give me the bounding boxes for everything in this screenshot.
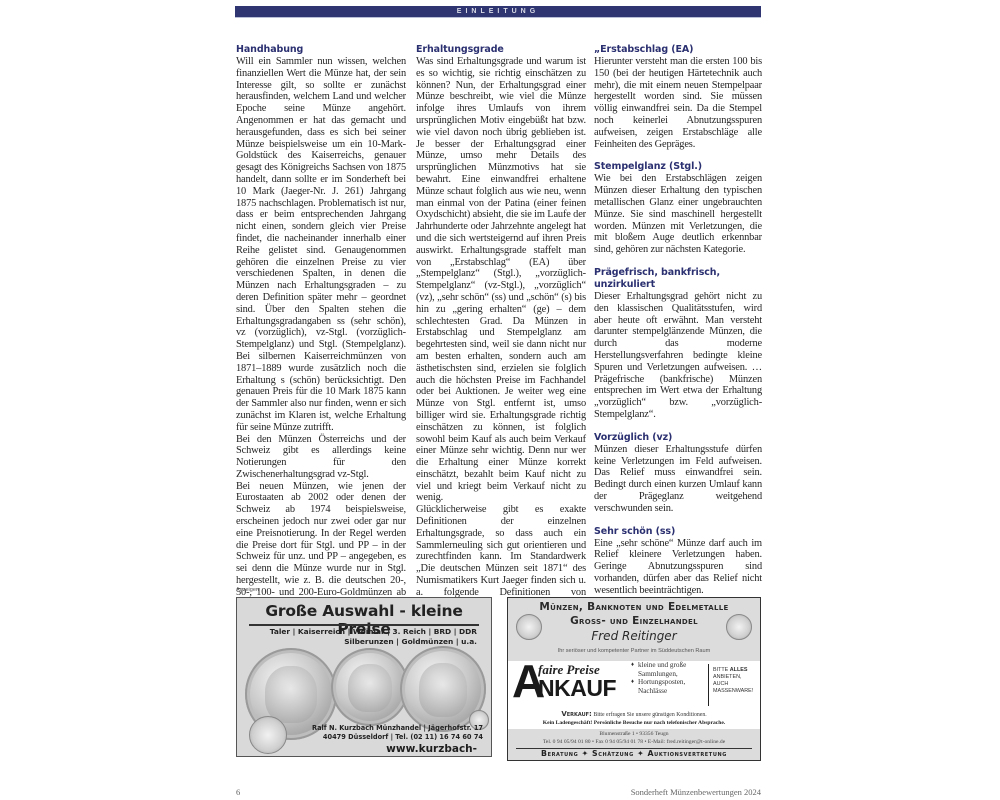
verkauf-line: Verkauf: Bitte erfragen Sie unsere günst… (508, 710, 760, 718)
heading-stempelglanz: Stempelglanz (Stgl.) (594, 161, 762, 173)
heading-erhaltungsgrade: Erhaltungsgrade (416, 44, 586, 56)
column-2: Erhaltungsgrade Was sind Erhaltungsgrade… (416, 44, 586, 610)
ad-contact-line[interactable]: Tel. 0 94 05/94 01 80 • Fax 0 94 05/94 0… (508, 739, 760, 745)
column-3: „Erstabschlag (EA) Hierunter versteht ma… (594, 44, 762, 596)
advertisement-kurzbach[interactable]: Große Auswahl - kleine Preise Taler | Ka… (236, 597, 492, 757)
divider (249, 624, 479, 626)
section-header-bar: Einleitung (235, 6, 761, 18)
paragraph: Münzen dieser Erhaltungsstufe dürfen kei… (594, 444, 762, 515)
heading-handhabung: Handhabung (236, 44, 406, 56)
ad-website-link[interactable]: www.kurzbach-muenzhandel.de (297, 743, 477, 757)
publication-title: Sonderheft Münzenbewertungen 2024 (631, 787, 761, 797)
ad-line-1: Münzen, Banknoten und Edelmetalle (508, 601, 760, 613)
paragraph: Dieser Erhaltungsgrad gehört nicht zu de… (594, 291, 762, 421)
ad-services: Beratung ✦ Schätzung ✦ Auktionsvertretun… (508, 749, 760, 758)
ads-label: Anzeigen (236, 587, 259, 593)
vertical-divider (708, 664, 709, 706)
ad-line-2: Gross- und Einzelhandel (508, 615, 760, 627)
heading-praegefrisch: Prägefrisch, bankfrisch, unzirkuliert (594, 267, 762, 291)
heading-sehr-schoen: Sehr schön (ss) (594, 526, 762, 538)
paragraph: Glücklicherweise gibt es exakte Definiti… (416, 504, 586, 610)
paragraph: Was sind Erhaltungsgrade und warum ist e… (416, 56, 586, 504)
paragraph: Will ein Sammler nun wissen, welchen fin… (236, 56, 406, 434)
ad-address: Ralf N. Kurzbach Münzhandel | Jägerhofst… (277, 724, 483, 742)
ad-tagline: Ihr seriöser und kompetenter Partner im … (508, 648, 760, 654)
page-number: 6 (236, 787, 240, 797)
advertisement-reitinger[interactable]: Münzen, Banknoten und Edelmetalle Gross-… (507, 597, 761, 761)
ad-dealer-name: Fred Reitinger (508, 629, 760, 643)
ad-street-address: Blumenstraße 1 • 93356 Teugn (508, 731, 760, 737)
paragraph: Hierunter versteht man die ersten 100 bi… (594, 56, 762, 150)
paragraph: Bei neuen Münzen, wie jenen der Eurostaa… (236, 481, 406, 611)
bitte-alles-anbieten: BITTE ALLES ANBIETEN, AUCH MASSENWARE! (713, 667, 761, 695)
section-title: Einleitung (457, 8, 539, 15)
paragraph: Wie bei den Erstabschlägen zeigen Münzen… (594, 173, 762, 256)
paragraph: Eine „sehr schöne“ Münze darf auch im Re… (594, 538, 762, 597)
heading-vorzueglich: Vorzüglich (vz) (594, 432, 762, 444)
paragraph: Bei den Münzen Österreichs und der Schwe… (236, 434, 406, 481)
ad-categories: Taler | Kaiserreich | Weimar | 3. Reich … (247, 627, 477, 647)
ankauf-bullet-list: kleine und große Sammlungen, Hortungspos… (631, 661, 711, 695)
heading-erstabschlag: „Erstabschlag (EA) (594, 44, 762, 56)
coin-st-george-image (331, 648, 409, 726)
kein-ladengeschaeft-note: Kein Ladengeschäft! Persönliche Besuche … (508, 720, 760, 726)
ankauf-text: NKAUF (538, 676, 616, 700)
column-1: Handhabung Will ein Sammler nun wissen, … (236, 44, 406, 610)
article-columns: Handhabung Will ein Sammler nun wissen, … (236, 44, 762, 589)
